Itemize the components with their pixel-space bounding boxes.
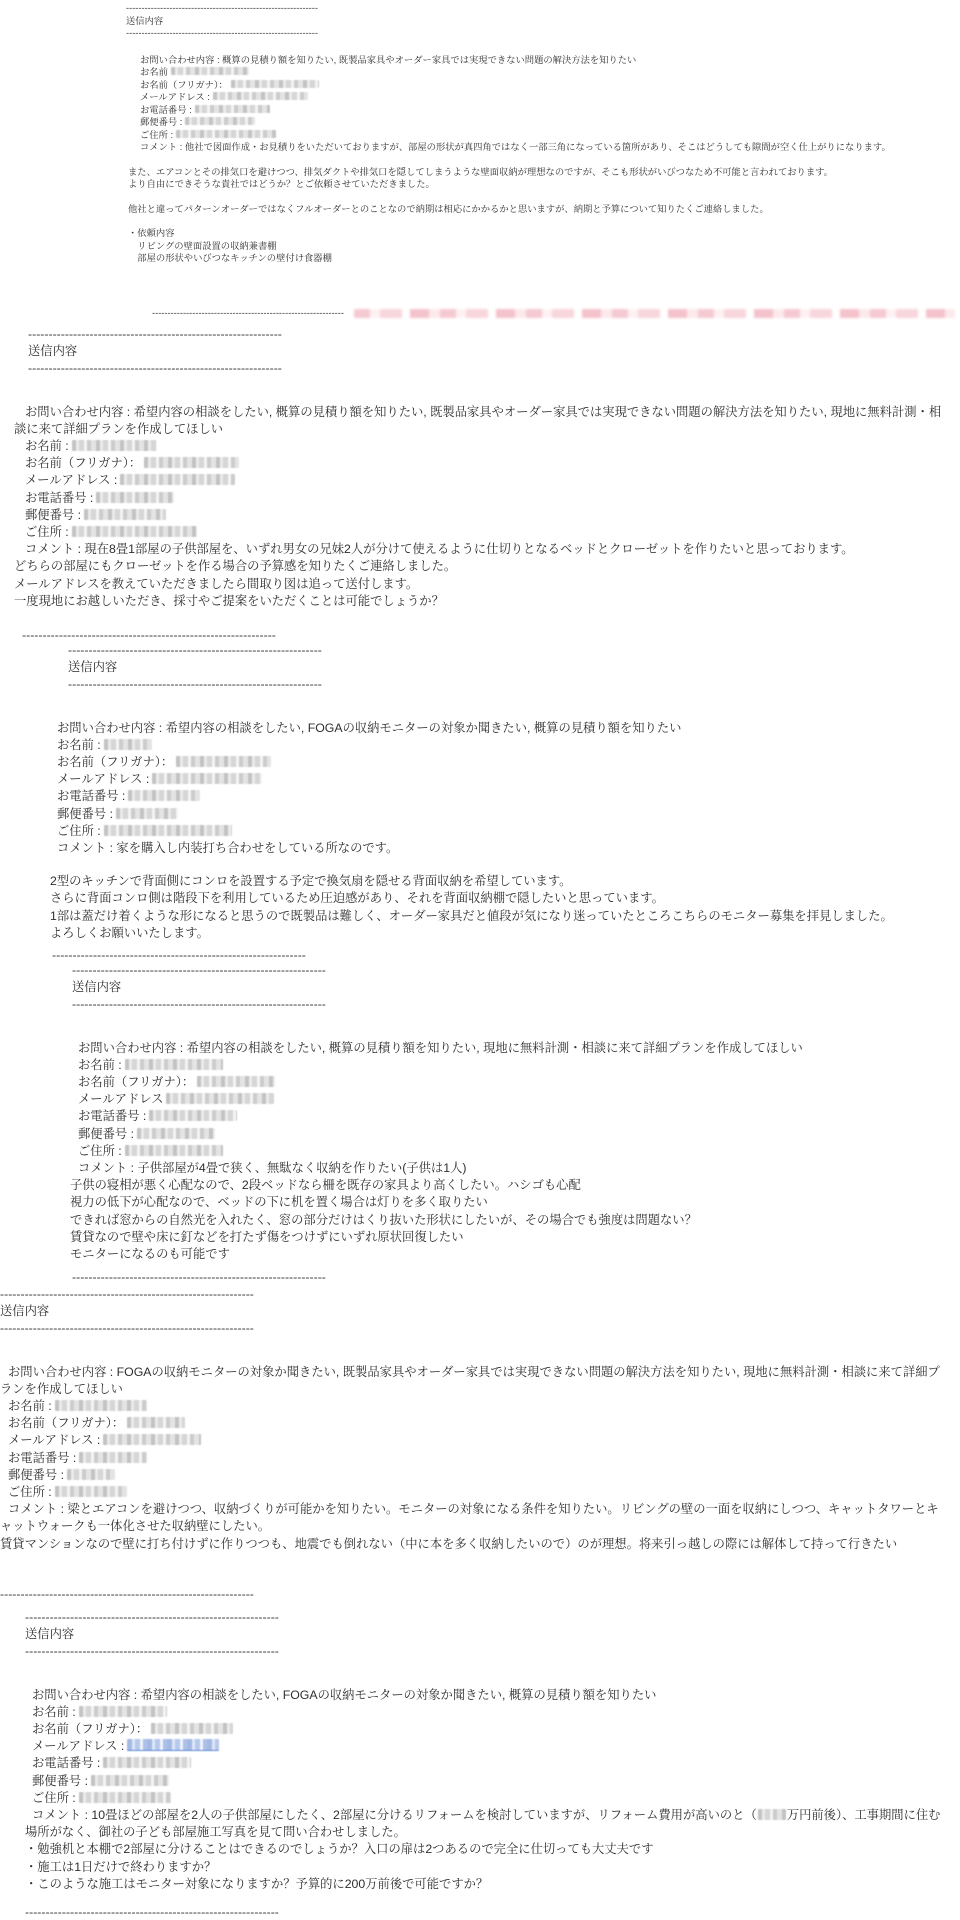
field-label: お電話番号 : — [25, 491, 93, 505]
field-row: メールアドレス — [78, 1091, 960, 1108]
redacted-value — [171, 67, 249, 75]
field-row: ご住所 : — [25, 524, 960, 541]
field-row: メールアドレス : — [8, 1432, 960, 1449]
field-label: メールアドレス — [78, 1092, 163, 1106]
message-section: ----------------------------------------… — [0, 326, 960, 610]
field-row: お名前（フリガナ）： — [32, 1721, 960, 1738]
field-label: 郵便番号 : — [140, 117, 182, 127]
inquiry-type-line: お問い合わせ内容 : 希望内容の相談をしたい, 概算の見積り額を知りたい, 現地… — [0, 1040, 960, 1057]
blank-gap — [0, 378, 960, 404]
field-label: お名前（フリガナ）： — [140, 80, 228, 90]
field-label: ご住所 : — [8, 1485, 52, 1499]
field-row: お電話番号 : — [78, 1108, 960, 1125]
contact-fields: お名前 :お名前（フリガナ）：メールアドレス :お電話番号 :郵便番号 :ご住所… — [0, 737, 960, 840]
field-label: お電話番号 : — [32, 1756, 100, 1770]
field-row: お電話番号 : — [25, 490, 960, 507]
section-title: 送信内容 — [126, 15, 960, 28]
field-row: お電話番号 : — [32, 1755, 960, 1772]
separator-dashes: ----------------------------------------… — [25, 1904, 279, 1920]
contact-fields: お名前お名前（フリガナ）：メールアドレス :お電話番号 :郵便番号 :ご住所 : — [0, 66, 960, 141]
field-label: お電話番号 : — [140, 105, 192, 115]
comment-line: どちらの部屋にもクローゼットを作る場合の予算感を知りたくご連絡しました。 — [14, 558, 960, 575]
field-row: 郵便番号 : — [78, 1126, 960, 1143]
comment-line: リビングの壁面設置の収納兼書棚 — [128, 240, 960, 253]
field-label: ご住所 : — [78, 1144, 122, 1158]
blank-line — [128, 154, 960, 166]
blank-gap — [0, 40, 960, 54]
field-row: お名前 : — [25, 438, 960, 455]
field-label: お名前（フリガナ）： — [78, 1075, 194, 1089]
field-row: お名前（フリガナ）： — [78, 1074, 960, 1091]
field-label: お名前 : — [32, 1705, 76, 1719]
field-row: ご住所 : — [140, 129, 960, 142]
message-section: ----------------------------------------… — [0, 2, 960, 265]
redacted-value — [125, 1145, 223, 1156]
message-section: ----------------------------------------… — [0, 642, 960, 942]
inquiry-type-line: お問い合わせ内容 : 希望内容の相談をしたい, 概算の見積り額を知りたい, 既製… — [0, 404, 960, 438]
field-row: 郵便番号 : — [8, 1467, 960, 1484]
separator-dashes: ----------------------------------------… — [152, 307, 960, 320]
inquiry-type-line: お問い合わせ内容 : 概算の見積り額を知りたい, 既製品家具やオーダー家具では実… — [0, 54, 960, 67]
field-row: お名前（フリガナ）： — [57, 754, 960, 771]
redacted-value — [104, 825, 232, 836]
section-header: ----------------------------------------… — [0, 1286, 960, 1338]
field-row: お名前 : — [8, 1398, 960, 1415]
field-label: 郵便番号 : — [57, 807, 113, 821]
field-row: お名前 — [140, 66, 960, 79]
redacted-value — [72, 440, 157, 451]
field-label: ご住所 : — [25, 525, 69, 539]
field-row: メールアドレス : — [140, 91, 960, 104]
field-label: 郵便番号 : — [78, 1127, 134, 1141]
inquiry-type-line: お問い合わせ内容 : 希望内容の相談をしたい, FOGAの収納モニターの対象か聞… — [0, 1687, 960, 1704]
comment-block: コメント : 現在8畳1部屋の子供部屋を、いずれ男女の兄妹2人が分けて使えるよう… — [0, 541, 960, 610]
field-label: ご住所 : — [57, 824, 101, 838]
separator-dashes: ----------------------------------------… — [68, 676, 322, 693]
comment-block: コメント : 10畳ほどの部屋を2人の子供部屋にしたく、2部屋に分けるリフォーム… — [0, 1807, 960, 1893]
comment-line: 一度現地にお越しいただき、採寸やご提案をいただくことは可能でしょうか？ — [14, 593, 960, 610]
redacted-value — [125, 1059, 223, 1070]
separator-dashes: ----------------------------------------… — [126, 27, 318, 40]
section-title: 送信内容 — [28, 343, 960, 360]
comment-line: よろしくお願いいたします。 — [50, 925, 960, 942]
separator-dashes: ----------------------------------------… — [72, 1269, 960, 1286]
redacted-value — [103, 1757, 191, 1768]
comment-line: コメント : 10畳ほどの部屋を2人の子供部屋にしたく、2部屋に分けるリフォーム… — [25, 1807, 960, 1841]
field-label: 郵便番号 : — [32, 1774, 88, 1788]
separator-dashes: ----------------------------------------… — [28, 326, 282, 343]
field-label: メールアドレス : — [8, 1433, 100, 1447]
field-row: ご住所 : — [8, 1484, 960, 1501]
comment-block: コメント : 他社で図面作成・お見積りをいただいておりますが、部屋の形状が真四角… — [0, 141, 960, 265]
field-row: 郵便番号 : — [57, 806, 960, 823]
field-row: ご住所 : — [32, 1790, 960, 1807]
separator-dashes: ----------------------------------------… — [25, 1904, 960, 1920]
field-label: お名前 : — [57, 738, 101, 752]
comment-line: ・施工は1日だけで終わりますか？ — [25, 1859, 960, 1876]
blank-line — [128, 191, 960, 203]
comment-line: モニターになるのも可能です — [70, 1246, 960, 1263]
field-label: お名前 — [140, 67, 168, 77]
redacted-inline-value — [758, 1809, 786, 1820]
redacted-value — [55, 1486, 127, 1497]
redacted-value — [231, 80, 319, 88]
blank-gap — [0, 694, 960, 720]
field-row: ご住所 : — [57, 823, 960, 840]
field-label: お電話番号 : — [57, 789, 125, 803]
field-label: お名前（フリガナ）： — [8, 1416, 124, 1430]
section-header: ----------------------------------------… — [0, 1609, 960, 1661]
field-label: 郵便番号 : — [8, 1468, 64, 1482]
inquiry-type-line: お問い合わせ内容 : 希望内容の相談をしたい, FOGAの収納モニターの対象か聞… — [0, 720, 960, 737]
comment-line: より自由にできそうな貴社ではどうか？とご依頼させていただきました。 — [128, 178, 960, 191]
separator-dashes: ----------------------------------------… — [28, 360, 282, 377]
redacted-value — [72, 526, 197, 537]
message-section: ----------------------------------------… — [0, 1609, 960, 1893]
separator-dashes: ----------------------------------------… — [126, 2, 318, 15]
comment-line: メールアドレスを教えていただきましたら間取り図は追って送付します。 — [14, 576, 960, 593]
pink-redacted-line — [354, 309, 955, 318]
comment-line: 賃貸マンションなので壁に打ち付けずに作りつつも、地震でも倒れない（中に本を多く収… — [0, 1536, 960, 1553]
comment-line: 部屋の形状やいびつなキッチンの壁付け食器棚 — [128, 252, 960, 265]
blank-line — [128, 215, 960, 227]
email-link-redacted[interactable] — [127, 1739, 219, 1751]
redacted-value — [185, 117, 255, 125]
section-header: ----------------------------------------… — [0, 962, 960, 1014]
redacted-value — [67, 1469, 115, 1480]
redacted-value — [79, 1706, 167, 1717]
blank-line — [50, 857, 960, 873]
redacted-value — [55, 1400, 147, 1411]
field-row: お名前 : — [32, 1704, 960, 1721]
comment-line: 2型のキッチンで背面側にコンロを設置する予定で換気扇を隠せる背面収納を希望してい… — [50, 873, 960, 890]
redacted-value — [213, 92, 308, 100]
redacted-value — [176, 756, 271, 767]
comment-line: 視力の低下が心配なので、ベッドの下に机を置く場合は灯りを多く取りたい — [70, 1194, 960, 1211]
message-section: ----------------------------------------… — [0, 1286, 960, 1553]
comment-line: また、エアコンとその排気口を避けつつ、排気ダクトや排気口を隠してしまうような壁面… — [128, 166, 960, 179]
field-row: お名前 : — [78, 1057, 960, 1074]
separator-dashes: ----------------------------------------… — [0, 1586, 254, 1603]
field-label: メールアドレス : — [32, 1739, 124, 1753]
field-row: メールアドレス : — [32, 1738, 960, 1755]
blank-gap — [0, 1014, 960, 1040]
field-row: メールアドレス : — [25, 472, 960, 489]
email-thread-log: ----------------------------------------… — [0, 0, 960, 1920]
field-row: 郵便番号 : — [25, 507, 960, 524]
comment-line: コメント : 家を購入し内装打ち合わせをしている所なのです。 — [50, 840, 960, 857]
redacted-value — [151, 1723, 233, 1734]
comment-line: コメント : 梁とエアコンを避けつつ、収納づくりが可能かを知りたい。モニターの対… — [0, 1501, 960, 1535]
comment-line: ・このような施工はモニター対象になりますか？予算的に200万前後で可能ですか？ — [25, 1876, 960, 1893]
comment-line: コメント : 現在8畳1部屋の子供部屋を、いずれ男女の兄妹2人が分けて使えるよう… — [14, 541, 960, 558]
field-label: お名前 : — [25, 439, 69, 453]
field-row: お名前（フリガナ）： — [8, 1415, 960, 1432]
redacted-value — [197, 1076, 275, 1087]
blank-gap — [0, 1338, 960, 1364]
comment-line: できれば窓からの自然光を入れたく、窓の部分だけはくり抜いた形状にしたいが、その場… — [70, 1212, 960, 1229]
comment-block: コメント : 家を購入し内装打ち合わせをしている所なのです。2型のキッチンで背面… — [0, 840, 960, 942]
comment-line: ・依頼内容 — [128, 227, 960, 240]
separator-dashes: ----------------------------------------… — [0, 1320, 254, 1337]
field-label: メールアドレス : — [25, 473, 117, 487]
section-title: 送信内容 — [0, 1303, 960, 1320]
redacted-value — [144, 457, 239, 468]
field-label: ご住所 : — [140, 130, 173, 140]
field-label: お名前（フリガナ）： — [32, 1722, 148, 1736]
separator-dashes: ----------------------------------------… — [0, 1286, 254, 1303]
redacted-value — [104, 739, 152, 750]
separator-dashes: ----------------------------------------… — [25, 1643, 279, 1660]
comment-line: 賃貸なので壁や床に釘などを打たず傷をつけずにいずれ原状回復したい — [70, 1229, 960, 1246]
redacted-value — [79, 1452, 147, 1463]
blank-gap — [0, 1661, 960, 1687]
redacted-value — [79, 1792, 171, 1803]
separator-dashes: ----------------------------------------… — [68, 642, 322, 659]
field-label: お電話番号 : — [8, 1451, 76, 1465]
message-section: ----------------------------------------… — [0, 962, 960, 1263]
section-title: 送信内容 — [68, 659, 960, 676]
contact-fields: お名前 :お名前（フリガナ）：メールアドレス :お電話番号 :郵便番号 :ご住所… — [0, 438, 960, 541]
field-row: ご住所 : — [78, 1143, 960, 1160]
field-row: お電話番号 : — [57, 788, 960, 805]
field-row: お電話番号 : — [8, 1450, 960, 1467]
field-label: お電話番号 : — [78, 1109, 146, 1123]
field-label: お名前（フリガナ）： — [25, 456, 141, 470]
redacted-value — [127, 1417, 185, 1428]
field-label: 郵便番号 : — [25, 508, 81, 522]
section-title: 送信内容 — [72, 979, 960, 996]
email-log-page: { "page": { "background": "#ffffff", "te… — [0, 0, 960, 1920]
field-label: メールアドレス : — [140, 92, 210, 102]
field-row: 郵便番号 : — [32, 1773, 960, 1790]
redacted-value — [116, 808, 178, 819]
section-header: ----------------------------------------… — [0, 2, 960, 40]
comment-line: コメント : 他社で図面作成・お見積りをいただいておりますが、部屋の形状が真四角… — [128, 141, 960, 154]
field-label: お名前（フリガナ）： — [57, 755, 173, 769]
field-row: 郵便番号 : — [140, 116, 960, 129]
section-title: 送信内容 — [25, 1626, 960, 1643]
contact-fields: お名前 :お名前（フリガナ）：メールアドレスお電話番号 :郵便番号 :ご住所 : — [0, 1057, 960, 1160]
inquiry-type-line: お問い合わせ内容 : FOGAの収納モニターの対象か聞きたい, 既製品家具やオー… — [0, 1364, 960, 1398]
comment-line: 他社と違ってパターンオーダーではなくフルオーダーとのことなので納期は相応にかかる… — [128, 203, 960, 216]
comment-line: ・勉強机と本棚で2部屋に分けることはできるのでしょうか？入口の扉は2つあるので完… — [25, 1841, 960, 1858]
field-label: お名前 : — [78, 1058, 122, 1072]
separator-dashes: ----------------------------------------… — [0, 1586, 960, 1603]
field-row: お電話番号 : — [140, 104, 960, 117]
section-header: ----------------------------------------… — [0, 642, 960, 694]
field-row: お名前（フリガナ）： — [140, 79, 960, 92]
field-label: メールアドレス : — [57, 772, 149, 786]
comment-line: さらに背面コンロ側は階段下を利用しているため圧迫感があり、それを背面収納棚で隠し… — [50, 890, 960, 907]
redacted-value — [176, 130, 276, 138]
field-label: ご住所 : — [32, 1791, 76, 1805]
separator-dashes: ----------------------------------------… — [72, 962, 326, 979]
redacted-value — [103, 1434, 201, 1445]
separator-dashes: ----------------------------------------… — [25, 1609, 279, 1626]
comment-line: 子供の寝相が悪く心配なので、2段ベッドなら柵を既存の家具より高くしたい。ハシゴも… — [70, 1177, 960, 1194]
redacted-value — [166, 1093, 274, 1104]
redacted-value — [84, 509, 166, 520]
comment-block: コメント : 子供部屋が4畳で狭く、無駄なく収納を作りたい(子供は1人)子供の寝… — [0, 1160, 960, 1263]
redacted-value — [149, 1110, 237, 1121]
separator-dashes: ----------------------------------------… — [152, 307, 344, 320]
redacted-value — [91, 1775, 169, 1786]
contact-fields: お名前 :お名前（フリガナ）：メールアドレス :お電話番号 :郵便番号 :ご住所… — [0, 1704, 960, 1807]
comment-block: コメント : 梁とエアコンを避けつつ、収納づくりが可能かを知りたい。モニターの対… — [0, 1501, 960, 1553]
contact-fields: お名前 :お名前（フリガナ）：メールアドレス :お電話番号 :郵便番号 :ご住所… — [0, 1398, 960, 1501]
separator-dashes: ----------------------------------------… — [72, 1269, 326, 1286]
redacted-value — [152, 773, 262, 784]
redacted-value — [128, 790, 200, 801]
comment-line: コメント : 子供部屋が4畳で狭く、無駄なく収納を作りたい(子供は1人) — [70, 1160, 960, 1177]
section-header: ----------------------------------------… — [0, 326, 960, 378]
separator-dashes: ----------------------------------------… — [72, 996, 326, 1013]
redacted-value — [137, 1128, 215, 1139]
comment-line: 1部は蓋だけ着くような形になると思うので既製品は難しく、オーダー家具だと値段が気… — [50, 908, 960, 925]
field-row: メールアドレス : — [57, 771, 960, 788]
field-row: お名前 : — [57, 737, 960, 754]
redacted-value — [195, 105, 270, 113]
redacted-value — [96, 492, 174, 503]
field-row: お名前（フリガナ）： — [25, 455, 960, 472]
field-label: お名前 : — [8, 1399, 52, 1413]
redacted-value — [120, 474, 235, 485]
